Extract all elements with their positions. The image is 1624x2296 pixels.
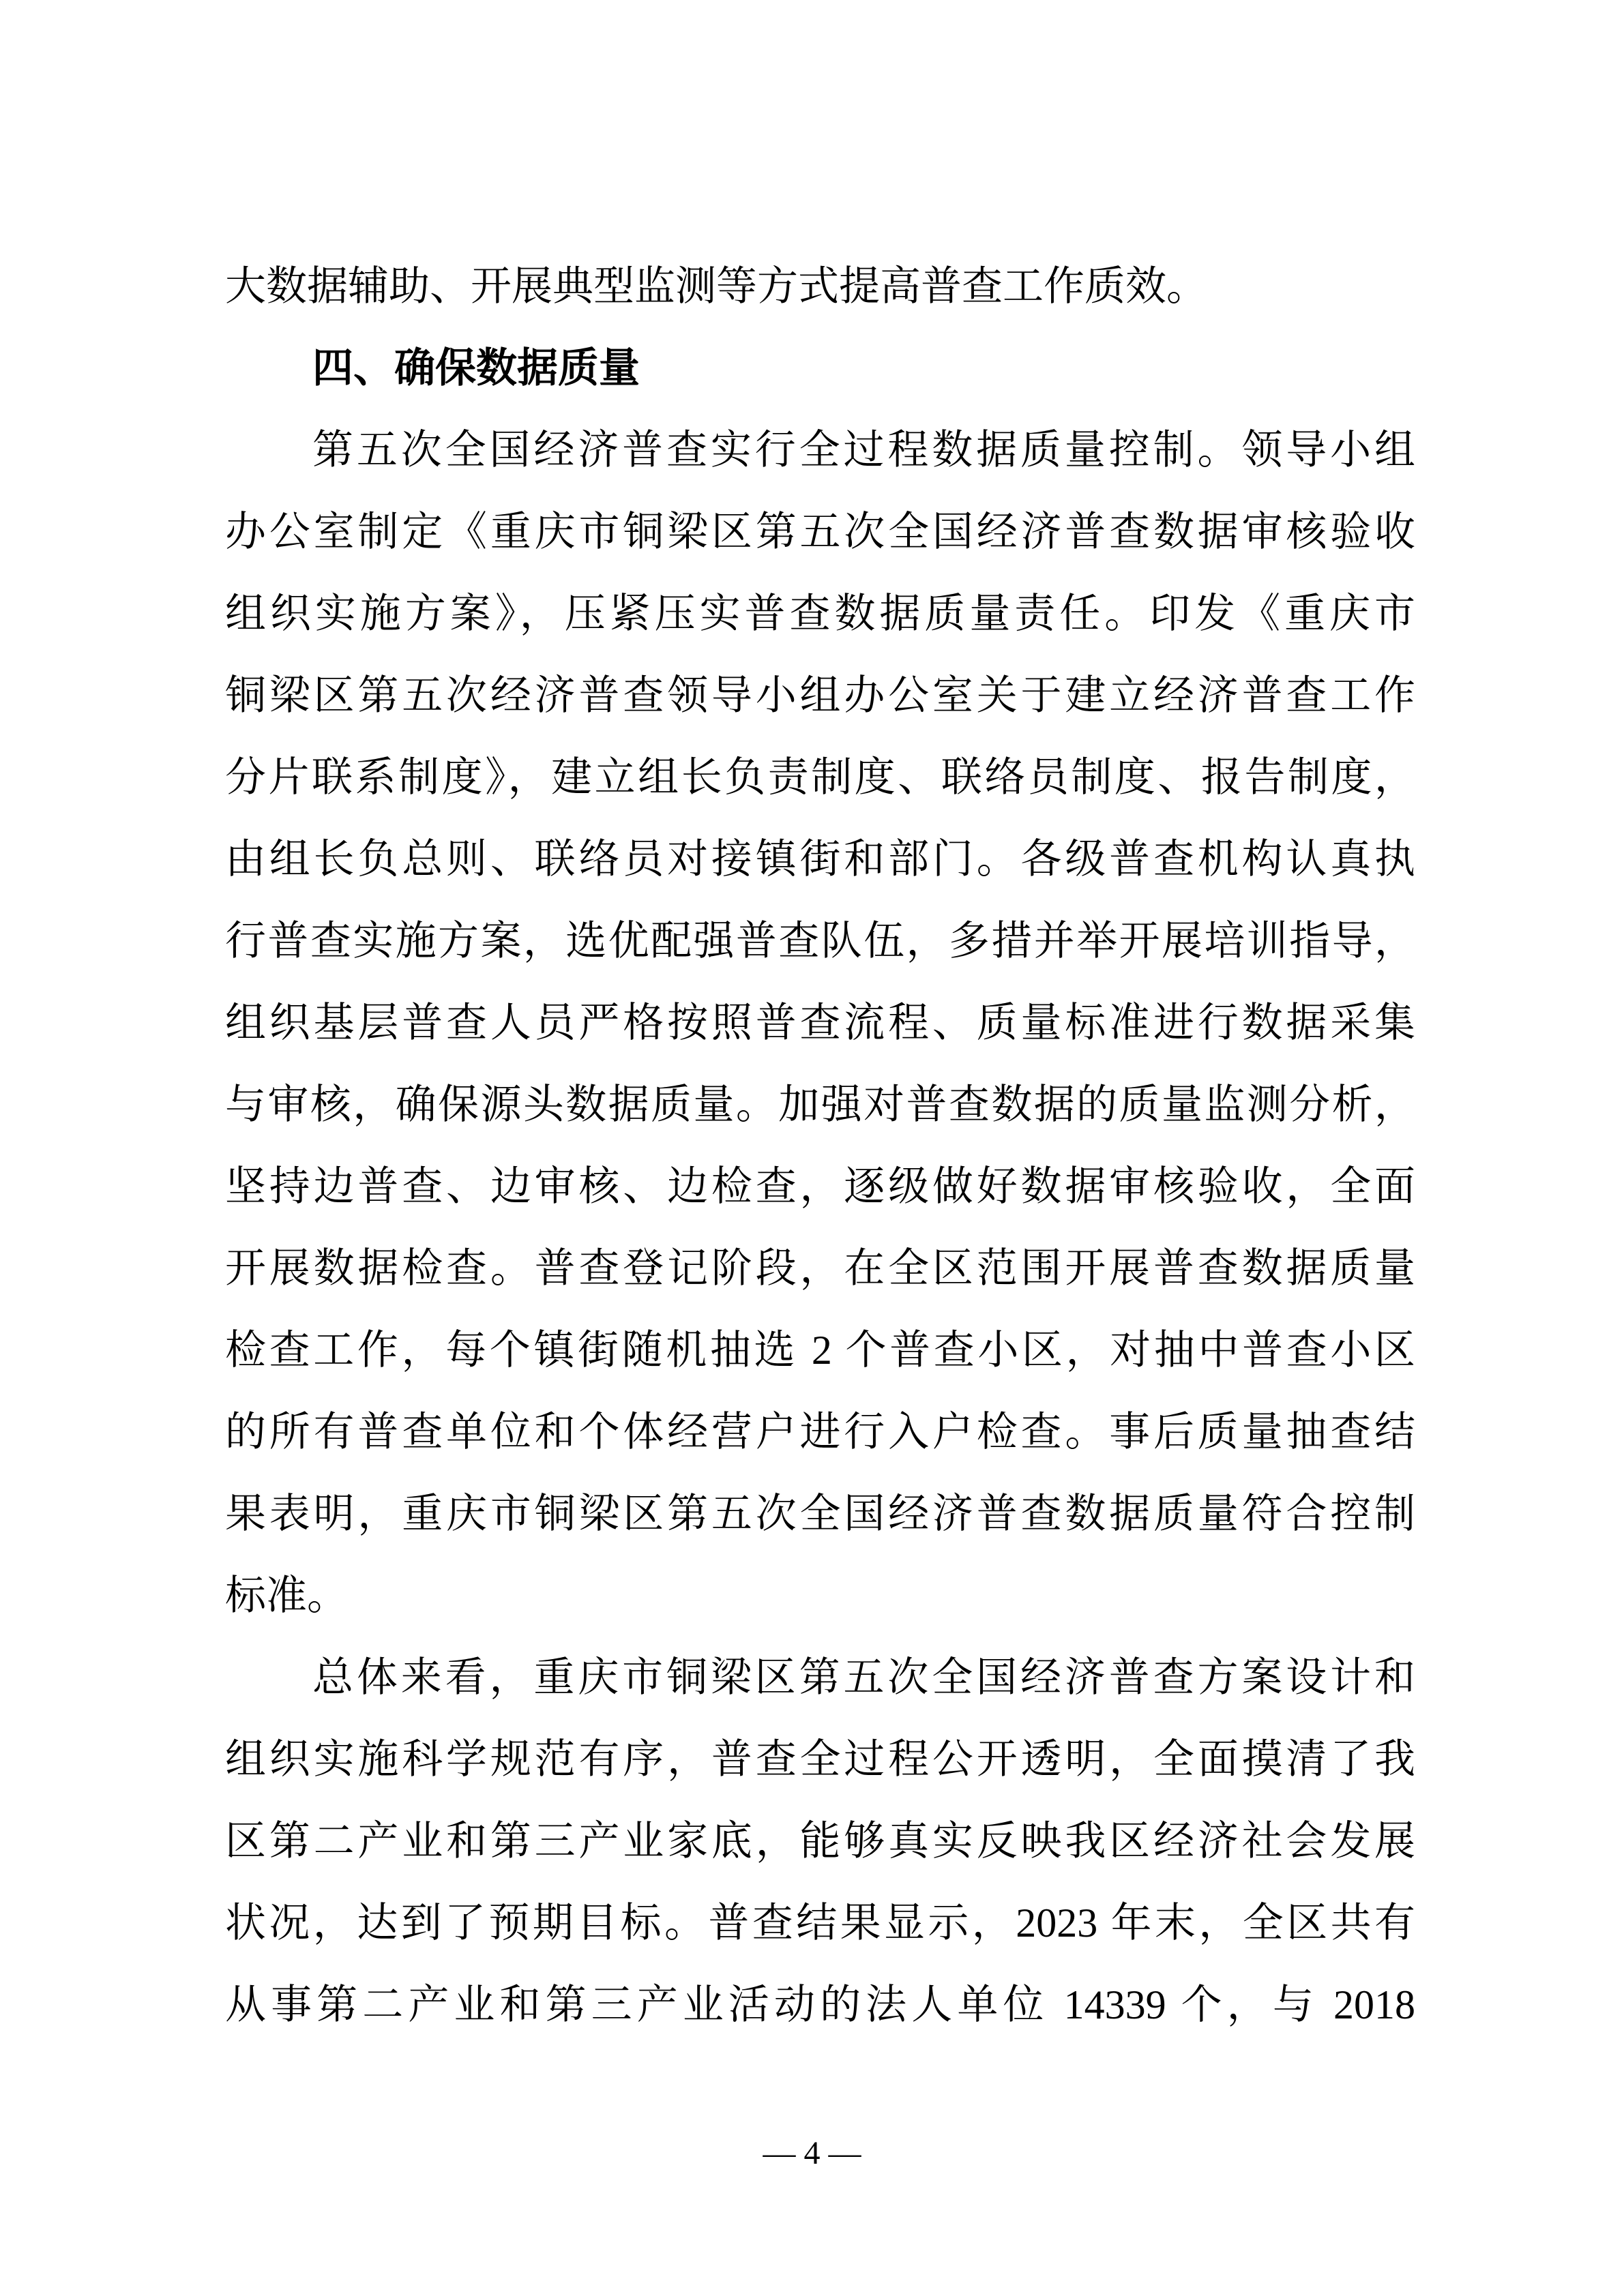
page-number: — 4 — [0,2129,1624,2178]
document-page: 大数据辅助、开展典型监测等方式提高普查工作质效。 四、确保数据质量 第五次全国经… [0,0,1624,2296]
text-line: 状况，达到了预期目标。普查结果显示，2023 年末，全区共有 [225,1882,1415,1964]
text-line: 铜梁区第五次经济普查领导小组办公室关于建立经济普查工作 [225,655,1415,736]
text-line: 行普查实施方案，选优配强普查队伍，多措并举开展培训指导， [225,900,1415,982]
text-line: 的所有普查单位和个体经营户进行入户检查。事后质量抽查结 [225,1391,1415,1473]
text-line: 组织基层普查人员严格按照普查流程、质量标准进行数据采集 [225,982,1415,1064]
text-line: 由组长负总则、联络员对接镇街和部门。各级普查机构认真执 [225,818,1415,900]
text-line: 总体来看，重庆市铜梁区第五次全国经济普查方案设计和 [225,1637,1415,1718]
text-line: 组织实施科学规范有序，普查全过程公开透明，全面摸清了我 [225,1718,1415,1800]
text-line: 区第二产业和第三产业家底，能够真实反映我区经济社会发展 [225,1800,1415,1882]
text-line: 办公室制定《重庆市铜梁区第五次全国经济普查数据审核验收 [225,491,1415,573]
text-line: 组织实施方案》，压紧压实普查数据质量责任。印发《重庆市 [225,573,1415,655]
text-line: 坚持边普查、边审核、边检查，逐级做好数据审核验收，全面 [225,1146,1415,1227]
text-line: 检查工作，每个镇街随机抽选 2 个普查小区，对抽中普查小区 [225,1309,1415,1391]
text-line: 从事第二产业和第三产业活动的法人单位 14339 个，与 2018 [225,1964,1415,2046]
text-line: 果表明，重庆市铜梁区第五次全国经济普查数据质量符合控制 [225,1473,1415,1555]
text-line: 分片联系制度》，建立组长负责制度、联络员制度、报告制度， [225,736,1415,818]
text-line: 标准。 [225,1555,1415,1637]
text-column: 大数据辅助、开展典型监测等方式提高普查工作质效。 四、确保数据质量 第五次全国经… [225,245,1415,2046]
text-line: 第五次全国经济普查实行全过程数据质量控制。领导小组 [225,409,1415,491]
text-line: 大数据辅助、开展典型监测等方式提高普查工作质效。 [225,245,1415,327]
section-heading: 四、确保数据质量 [225,327,1415,409]
text-line: 开展数据检查。普查登记阶段，在全区范围开展普查数据质量 [225,1227,1415,1309]
text-line: 与审核，确保源头数据质量。加强对普查数据的质量监测分析， [225,1064,1415,1146]
